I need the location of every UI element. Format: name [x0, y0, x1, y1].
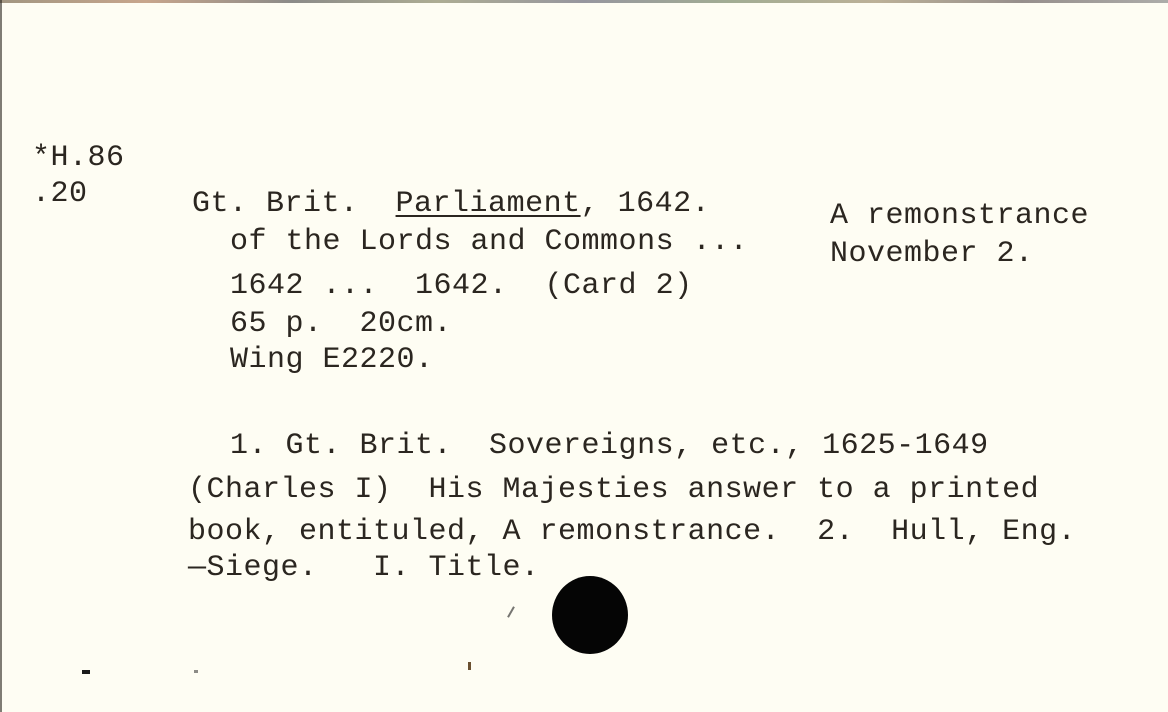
tracing-line-4: —Siege. I. Title.: [188, 552, 540, 584]
card-top-edge: [0, 0, 1168, 3]
author-suffix: , 1642.: [581, 187, 711, 221]
author-prefix: Gt. Brit.: [192, 187, 396, 221]
tracing-line-3: book, entituled, A remonstrance. 2. Hull…: [188, 516, 1076, 548]
catalog-card: *H.86 .20 Gt. Brit. Parliament, 1642. A …: [0, 0, 1168, 712]
main-entry-heading: Gt. Brit. Parliament, 1642.: [192, 188, 710, 220]
title-line-2: of the Lords and Commons ...: [230, 226, 748, 258]
ink-speck: [468, 662, 471, 670]
card-left-edge: [0, 0, 2, 712]
ink-speck: [82, 670, 90, 674]
title-right-1: A remonstrance: [830, 200, 1089, 232]
title-right-2: November 2.: [830, 238, 1034, 270]
call-number-line-2: .20: [32, 178, 88, 210]
tracing-line-2: (Charles I) His Majesties answer to a pr…: [188, 474, 1039, 506]
tracing-line-1: 1. Gt. Brit. Sovereigns, etc., 1625-1649: [230, 430, 989, 462]
ink-speck: [194, 670, 198, 673]
call-number-line-1: *H.86: [32, 142, 125, 174]
card-punch-hole: [552, 576, 628, 654]
ink-speck: [507, 606, 515, 617]
reference-line: Wing E2220.: [230, 344, 434, 376]
imprint-line: 1642 ... 1642. (Card 2): [230, 270, 693, 302]
collation-line: 65 p. 20cm.: [230, 308, 452, 340]
author-underlined: Parliament: [396, 187, 581, 221]
